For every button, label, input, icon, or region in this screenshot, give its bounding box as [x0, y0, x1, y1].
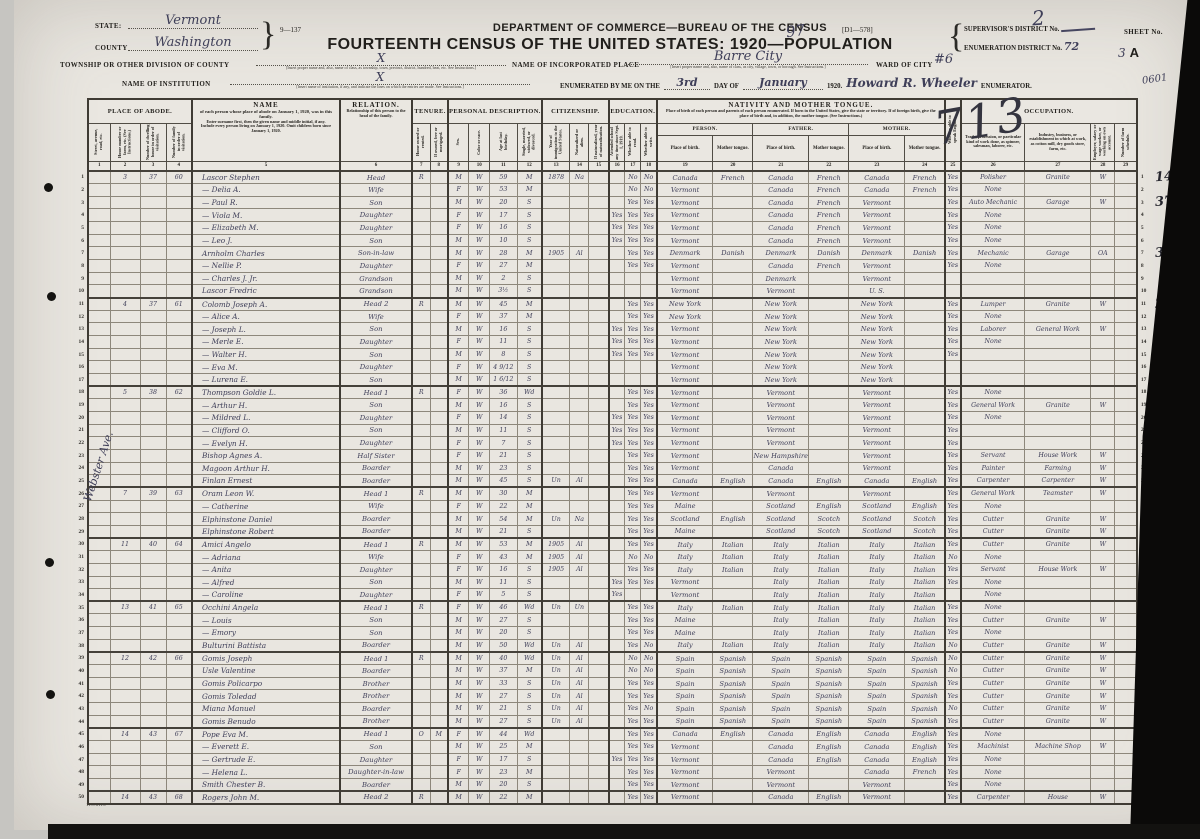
cell-dwelling-number	[140, 399, 166, 412]
supervisors-district-line: SUPERVISOR'S DISTRICT No.	[964, 24, 1095, 37]
cell-naturalized-or-alien	[570, 741, 589, 754]
cell-name: Usle Valentine	[192, 665, 340, 678]
cell-age: 28	[490, 247, 518, 260]
cell-industry: Granite	[1025, 171, 1091, 184]
cell-mother-birthplace: Vermont	[849, 234, 905, 247]
cell-marital-status: Wd	[517, 386, 542, 399]
line-number: 8	[70, 260, 88, 273]
cell-birthplace: New York	[657, 310, 713, 323]
cell-can-read	[625, 272, 641, 285]
cell-attended-school	[609, 601, 625, 614]
cell-home-owned-rented	[412, 336, 430, 349]
cell-mother-mother-tongue: English	[905, 753, 945, 766]
cell-speaks-english: Yes	[945, 538, 961, 551]
cell-relation: Son	[340, 627, 412, 640]
cell-relation: Daughter	[340, 222, 412, 235]
cell-occupation: Cutter	[961, 639, 1025, 652]
cell-speaks-english	[945, 285, 961, 298]
cell-naturalization-year	[589, 260, 609, 273]
cell-occupation: None	[961, 576, 1025, 589]
header-text: Number of farm schedule.	[1121, 124, 1131, 160]
cell-father-mother-tongue	[809, 449, 849, 462]
cell-employment-class	[1091, 627, 1115, 640]
group-tenure: TENURE.	[412, 99, 448, 123]
cell-industry: Granite	[1025, 399, 1091, 412]
cell-house-number	[110, 525, 140, 538]
cell-age: 27	[490, 690, 518, 703]
cell-speaks-english: Yes	[945, 196, 961, 209]
cell-can-write: Yes	[641, 513, 657, 526]
cell-mother-tongue	[713, 589, 753, 602]
cell-free-or-mortgaged	[430, 703, 448, 716]
line-number: 1	[1137, 171, 1153, 184]
cell-home-owned-rented	[412, 209, 430, 222]
cell-name: Occhini Angela	[192, 601, 340, 614]
cell-free-or-mortgaged	[430, 791, 448, 804]
cell-color-race: W	[469, 336, 490, 349]
group-personal-description: PERSONAL DESCRIPTION.	[448, 99, 542, 123]
cell-birthplace: Vermont	[657, 196, 713, 209]
cell-father-mother-tongue: Spanish	[809, 677, 849, 690]
cell-industry	[1025, 766, 1091, 779]
cell-can-read: Yes	[625, 563, 641, 576]
cell-farm-schedule	[1115, 513, 1137, 526]
cell-occupation: None	[961, 222, 1025, 235]
cell-employment-class: W	[1091, 538, 1115, 551]
cell-speaks-english: Yes	[945, 411, 961, 424]
ward-value: #6	[934, 52, 953, 67]
cell-farm-schedule	[1115, 627, 1137, 640]
cell-farm-schedule	[1115, 551, 1137, 564]
census-row: 47— Gertrude E.DaughterFW17SYesYesYesVer…	[70, 753, 1153, 766]
cell-family-number: 61	[166, 298, 192, 311]
line-number: 33	[70, 576, 88, 589]
cell-street	[88, 184, 110, 197]
cell-color-race: W	[469, 184, 490, 197]
cell-father-mother-tongue	[809, 361, 849, 374]
cell-attended-school	[609, 791, 625, 804]
cell-mother-tongue	[713, 766, 753, 779]
cell-can-write: No	[641, 665, 657, 678]
cell-home-owned-rented	[412, 196, 430, 209]
line-number: 35	[70, 601, 88, 614]
census-row: 50144368Rogers John M.Head 2RMW22MYesYes…	[70, 791, 1153, 804]
cell-relation: Son	[340, 196, 412, 209]
cell-occupation	[961, 361, 1025, 374]
cell-name: — Merle E.	[192, 336, 340, 349]
cell-immigration-year	[542, 374, 570, 387]
cell-can-write: Yes	[641, 323, 657, 336]
cell-name: — Alfred	[192, 576, 340, 589]
cell-attended-school: Yes	[609, 209, 625, 222]
cell-name: Elphinstone Robert	[192, 525, 340, 538]
cell-immigration-year: 1905	[542, 563, 570, 576]
col-color-race: Color or race.	[469, 123, 490, 161]
cell-father-birthplace: Italy	[753, 576, 809, 589]
cell-immigration-year	[542, 285, 570, 298]
cell-farm-schedule	[1115, 563, 1137, 576]
cell-father-birthplace: Canada	[753, 222, 809, 235]
cell-free-or-mortgaged	[430, 779, 448, 792]
cell-can-write: Yes	[641, 766, 657, 779]
punch-hole-dot	[45, 558, 54, 567]
cell-father-mother-tongue: French	[809, 196, 849, 209]
cell-free-or-mortgaged	[430, 614, 448, 627]
cell-immigration-year	[542, 791, 570, 804]
cell-color-race: W	[469, 614, 490, 627]
cell-father-mother-tongue: Spanish	[809, 665, 849, 678]
cell-attended-school	[609, 741, 625, 754]
cell-street	[88, 348, 110, 361]
cell-immigration-year: Un	[542, 652, 570, 665]
cell-father-mother-tongue	[809, 487, 849, 500]
cell-home-owned-rented	[412, 576, 430, 589]
col-mother-birthplace: Place of birth.	[849, 135, 905, 161]
cell-age: 45	[490, 475, 518, 488]
cell-father-mother-tongue	[809, 272, 849, 285]
line-number: 47	[70, 753, 88, 766]
cell-mother-mother-tongue: Italian	[905, 576, 945, 589]
cell-birthplace: Maine	[657, 500, 713, 513]
supervisors-district-value: 2	[1031, 6, 1045, 31]
cell-occupation: Mechanic	[961, 247, 1025, 260]
punch-hole-dot	[46, 690, 55, 699]
enumerated-month: January	[743, 76, 823, 90]
census-row: 28Elphinstone DanielBoarderMW54MUnNaYesY…	[70, 513, 1153, 526]
cell-name: — Anita	[192, 563, 340, 576]
cell-can-write: Yes	[641, 690, 657, 703]
cell-marital-status: S	[517, 209, 542, 222]
cell-free-or-mortgaged	[430, 551, 448, 564]
cell-relation: Son	[340, 348, 412, 361]
cell-can-write: Yes	[641, 576, 657, 589]
cell-mother-birthplace: Canada	[849, 728, 905, 741]
cell-immigration-year	[542, 437, 570, 450]
census-row: 1853862Thompson Goldie L.Head 1RFW36WdYe…	[70, 386, 1153, 399]
cell-sex: F	[448, 601, 469, 614]
cell-speaks-english: Yes	[945, 500, 961, 513]
cell-marital-status: S	[517, 779, 542, 792]
cell-free-or-mortgaged: M	[430, 728, 448, 741]
cell-attended-school	[609, 639, 625, 652]
cell-street	[88, 677, 110, 690]
cell-can-read: Yes	[625, 399, 641, 412]
header-text: Sex.	[456, 138, 461, 145]
cell-house-number	[110, 336, 140, 349]
cell-naturalized-or-alien	[570, 361, 589, 374]
cell-employment-class: W	[1091, 791, 1115, 804]
cell-sex: M	[448, 487, 469, 500]
cell-mother-mother-tongue: Spanish	[905, 677, 945, 690]
column-number: 23	[849, 161, 905, 171]
cell-home-owned-rented	[412, 399, 430, 412]
cell-relation: Son	[340, 234, 412, 247]
cell-employment-class	[1091, 272, 1115, 285]
cell-mother-mother-tongue	[905, 411, 945, 424]
cell-sex: F	[448, 766, 469, 779]
cell-mother-tongue: Italian	[713, 551, 753, 564]
cell-farm-schedule	[1115, 184, 1137, 197]
census-row: 19— Arthur H.SonMW16SYesYesVermontVermon…	[70, 399, 1153, 412]
cell-family-number	[166, 525, 192, 538]
cell-father-mother-tongue: Italian	[809, 563, 849, 576]
cell-street	[88, 171, 110, 184]
cell-father-birthplace: New York	[753, 336, 809, 349]
cell-birthplace: Vermont	[657, 399, 713, 412]
line-number: 44	[70, 715, 88, 728]
cell-industry	[1025, 310, 1091, 323]
census-row: 44Gomis BenudoBrotherMW27SUnAlYesYesSpai…	[70, 715, 1153, 728]
cell-house-number	[110, 348, 140, 361]
census-row: 46— Everett E.SonMW25MYesYesVermontCanad…	[70, 741, 1153, 754]
cell-can-read: Yes	[625, 677, 641, 690]
cell-relation: Boarder	[340, 703, 412, 716]
col-farm-schedule: Number of farm schedule.	[1115, 123, 1137, 161]
cell-mother-mother-tongue	[905, 285, 945, 298]
cell-can-write: Yes	[641, 753, 657, 766]
cell-house-number	[110, 285, 140, 298]
cell-attended-school: Yes	[609, 411, 625, 424]
cell-home-owned-rented: R	[412, 791, 430, 804]
cell-mother-mother-tongue: English	[905, 500, 945, 513]
header-text: Home owned or rented.	[416, 124, 426, 160]
cell-age: 36	[490, 386, 518, 399]
cell-industry: Machine Shop	[1025, 741, 1091, 754]
cell-mother-birthplace: Spain	[849, 677, 905, 690]
cell-can-read: Yes	[625, 500, 641, 513]
cell-street	[88, 386, 110, 399]
column-number: 22	[809, 161, 849, 171]
cell-family-number	[166, 779, 192, 792]
cell-father-birthplace: Vermont	[753, 285, 809, 298]
cell-street	[88, 766, 110, 779]
cell-family-number	[166, 715, 192, 728]
cell-mother-birthplace: Italy	[849, 601, 905, 614]
cell-can-read: Yes	[625, 247, 641, 260]
cell-family-number	[166, 196, 192, 209]
cell-naturalized-or-alien	[570, 234, 589, 247]
cell-industry: Granite	[1025, 703, 1091, 716]
cell-relation: Daughter	[340, 589, 412, 602]
header-text: Whether able to write.	[644, 124, 654, 160]
cell-naturalization-year	[589, 766, 609, 779]
cell-marital-status: Wd	[517, 728, 542, 741]
cell-industry	[1025, 272, 1091, 285]
column-number: 3	[140, 161, 166, 171]
cell-can-write: Yes	[641, 627, 657, 640]
cell-immigration-year	[542, 741, 570, 754]
cell-father-birthplace: Spain	[753, 652, 809, 665]
cell-can-read: Yes	[625, 336, 641, 349]
col-industry: Industry, business, or establishment in …	[1025, 123, 1091, 161]
line-number: 9	[70, 272, 88, 285]
cell-father-birthplace: Vermont	[753, 766, 809, 779]
cell-color-race: W	[469, 677, 490, 690]
cell-home-owned-rented: R	[412, 652, 430, 665]
cell-employment-class	[1091, 551, 1115, 564]
cell-speaks-english: Yes	[945, 715, 961, 728]
sheet-label: SHEET No.	[1124, 28, 1163, 36]
cell-can-write: Yes	[641, 399, 657, 412]
cell-attended-school	[609, 766, 625, 779]
cell-farm-schedule	[1115, 209, 1137, 222]
cell-sex: M	[448, 779, 469, 792]
cell-home-owned-rented	[412, 589, 430, 602]
cell-house-number	[110, 677, 140, 690]
cell-free-or-mortgaged	[430, 260, 448, 273]
cell-can-read: No	[625, 652, 641, 665]
cell-father-mother-tongue	[809, 462, 849, 475]
cell-family-number: 62	[166, 386, 192, 399]
cell-naturalization-year	[589, 652, 609, 665]
cell-home-owned-rented	[412, 614, 430, 627]
cell-mother-mother-tongue: Italian	[905, 601, 945, 614]
cell-family-number	[166, 247, 192, 260]
cell-immigration-year	[542, 525, 570, 538]
cell-house-number	[110, 614, 140, 627]
cell-mother-birthplace: Canada	[849, 475, 905, 488]
cell-mother-mother-tongue	[905, 449, 945, 462]
line-number-header	[1137, 99, 1153, 171]
cell-color-race: W	[469, 386, 490, 399]
cell-street	[88, 665, 110, 678]
cell-father-mother-tongue: Scotch	[809, 513, 849, 526]
cell-can-write: Yes	[641, 538, 657, 551]
line-number: 14	[70, 336, 88, 349]
header-text: House number or farm, etc. (See Instruct…	[118, 124, 132, 160]
cell-color-race: W	[469, 551, 490, 564]
cell-name: — Everett E.	[192, 741, 340, 754]
cell-dwelling-number	[140, 753, 166, 766]
cell-marital-status: S	[517, 677, 542, 690]
cell-marital-status: S	[517, 753, 542, 766]
cell-industry	[1025, 551, 1091, 564]
cell-name: Pope Eva M.	[192, 728, 340, 741]
cell-immigration-year: Un	[542, 639, 570, 652]
cell-father-birthplace: Canada	[753, 209, 809, 222]
cell-mother-birthplace: Italy	[849, 589, 905, 602]
cell-father-mother-tongue	[809, 285, 849, 298]
state-field: Vermont	[128, 14, 258, 29]
cell-immigration-year	[542, 399, 570, 412]
cell-naturalization-year	[589, 715, 609, 728]
cell-naturalization-year	[589, 475, 609, 488]
cell-can-read: Yes	[625, 614, 641, 627]
census-row: 2— Delia A.WifeFW53MNoNoVermontCanadaFre…	[70, 184, 1153, 197]
census-row: 1143761Colomb Joseph A.Head 2RMW45MYesYe…	[70, 298, 1153, 311]
cell-can-read: Yes	[625, 690, 641, 703]
cell-speaks-english: Yes	[945, 791, 961, 804]
cell-dwelling-number	[140, 677, 166, 690]
cell-dwelling-number: 43	[140, 728, 166, 741]
cell-color-race: W	[469, 272, 490, 285]
cell-father-birthplace: Vermont	[753, 424, 809, 437]
cell-naturalized-or-alien	[570, 399, 589, 412]
cell-can-write	[641, 361, 657, 374]
cell-father-birthplace: New Hampshire	[753, 449, 809, 462]
cell-mother-mother-tongue	[905, 310, 945, 323]
cell-employment-class	[1091, 601, 1115, 614]
cell-naturalized-or-alien	[570, 196, 589, 209]
header-text: Year of immigration to the United States…	[549, 124, 563, 160]
cell-mother-birthplace: Vermont	[849, 487, 905, 500]
cell-industry: Granite	[1025, 298, 1091, 311]
cell-age: 11	[490, 336, 518, 349]
col-age: Age at last birthday.	[490, 123, 518, 161]
cell-can-read: Yes	[625, 525, 641, 538]
line-number: 29	[70, 525, 88, 538]
cell-family-number	[166, 209, 192, 222]
cell-color-race: W	[469, 323, 490, 336]
cell-name: Oram Leon W.	[192, 487, 340, 500]
cell-mother-mother-tongue	[905, 336, 945, 349]
cell-employment-class	[1091, 411, 1115, 424]
cell-industry	[1025, 260, 1091, 273]
cell-name: — Delia A.	[192, 184, 340, 197]
cell-mother-birthplace: Vermont	[849, 399, 905, 412]
cell-naturalized-or-alien	[570, 576, 589, 589]
col-birthplace: Place of birth.	[657, 135, 713, 161]
header-text: Age at last birthday.	[499, 124, 509, 160]
cell-dwelling-number	[140, 589, 166, 602]
cell-free-or-mortgaged	[430, 298, 448, 311]
cell-birthplace: Vermont	[657, 336, 713, 349]
cell-mother-birthplace: Vermont	[849, 779, 905, 792]
cell-marital-status: M	[517, 791, 542, 804]
census-row: 38Bulturini BattistaBoarderMW50WdUnAlYes…	[70, 639, 1153, 652]
cell-free-or-mortgaged	[430, 234, 448, 247]
cell-mother-mother-tongue	[905, 323, 945, 336]
cell-age: 20	[490, 627, 518, 640]
cell-age: 25	[490, 741, 518, 754]
cell-relation: Brother	[340, 677, 412, 690]
cell-mother-birthplace: Vermont	[849, 196, 905, 209]
cell-immigration-year	[542, 323, 570, 336]
cell-sex: M	[448, 399, 469, 412]
cell-employment-class: W	[1091, 298, 1115, 311]
cell-father-birthplace: Denmark	[753, 272, 809, 285]
cell-immigration-year	[542, 576, 570, 589]
cell-house-number	[110, 779, 140, 792]
cell-father-mother-tongue: Spanish	[809, 703, 849, 716]
cell-mother-mother-tongue: Scotch	[905, 525, 945, 538]
census-row: 12— Alice A.WifeFW37MYesYesNew YorkNew Y…	[70, 310, 1153, 323]
cell-birthplace: Vermont	[657, 766, 713, 779]
cell-name: — Paul R.	[192, 196, 340, 209]
census-row: 33— AlfredSonMW11SYesYesYesVermontItalyI…	[70, 576, 1153, 589]
cell-father-mother-tongue: English	[809, 500, 849, 513]
line-number: 1	[70, 171, 88, 184]
cell-father-mother-tongue: French	[809, 209, 849, 222]
cell-birthplace: Vermont	[657, 222, 713, 235]
cell-can-write: Yes	[641, 462, 657, 475]
cell-age: 7	[490, 437, 518, 450]
line-number: 17	[70, 374, 88, 387]
cell-family-number	[166, 184, 192, 197]
cell-color-race: W	[469, 639, 490, 652]
cell-marital-status: S	[517, 614, 542, 627]
cell-home-owned-rented	[412, 260, 430, 273]
line-number: 49	[70, 779, 88, 792]
cell-father-birthplace: Vermont	[753, 487, 809, 500]
cell-speaks-english: Yes	[945, 576, 961, 589]
plate-code: [D1—578]	[842, 26, 873, 34]
cell-relation: Daughter	[340, 260, 412, 273]
cell-can-read: No	[625, 665, 641, 678]
cell-mother-tongue	[713, 386, 753, 399]
cell-can-write: Yes	[641, 247, 657, 260]
cell-name: — Adriana	[192, 551, 340, 564]
